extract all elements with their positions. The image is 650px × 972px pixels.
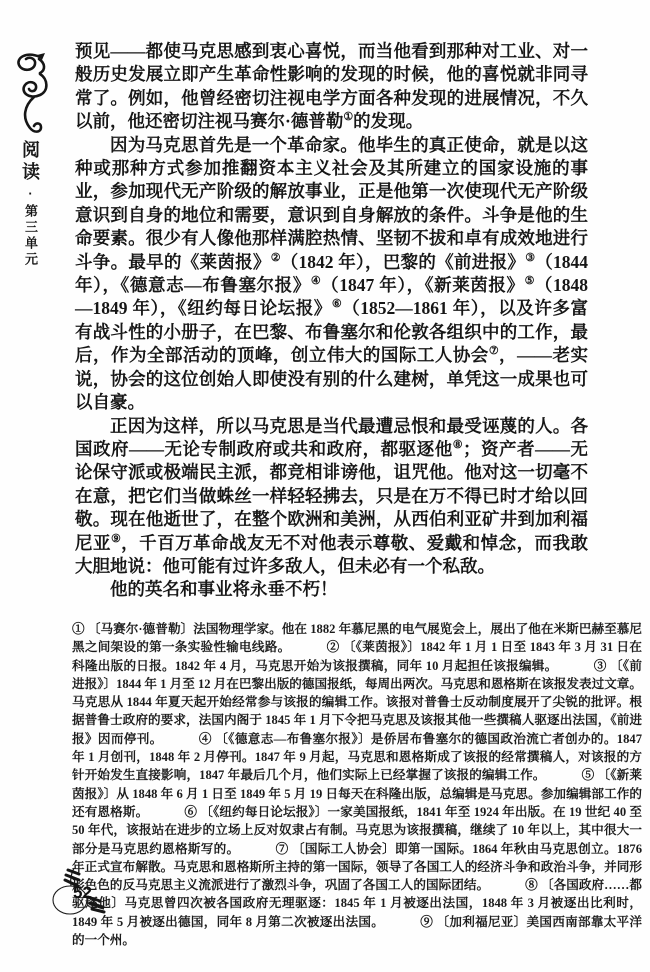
flourish-icon [10, 50, 54, 140]
book-page: 阅读·第三单元 预见——都使马克思感到衷心喜悦，而当他看到那种对工业、对一般历史… [0, 0, 650, 972]
article-paragraph: 预见——都使马克思感到衷心喜悦，而当他看到那种对工业、对一般历史发展立即产生革命… [75, 40, 588, 134]
article-body: 预见——都使马克思感到衷心喜悦，而当他看到那种对工业、对一般历史发展立即产生革命… [75, 40, 588, 602]
article-paragraph: 因为马克思首先是一个革命家。他毕生的真正使命，就是以这种或那种方式参加推翻资本主… [75, 134, 588, 415]
sidebar-unit-text: ·第三单元 [23, 186, 38, 268]
page-number: 52 [73, 883, 92, 902]
article-paragraph: 正因为这样，所以马克思是当代最遭忌恨和最受诬蔑的人。各国政府——无论专制政府或共… [75, 415, 588, 579]
footnotes: ① 〔马赛尔·德普勒〕法国物理学家。他在 1882 年慕尼黑的电气展览会上，展出… [72, 620, 642, 949]
page-number-badge: 52 [44, 864, 118, 924]
sidebar-unit-label: 阅读·第三单元 [21, 140, 39, 268]
article-paragraph: 他的英名和事业将永垂不朽！ [75, 578, 588, 601]
sidebar-section-text: 阅读 [20, 140, 40, 184]
